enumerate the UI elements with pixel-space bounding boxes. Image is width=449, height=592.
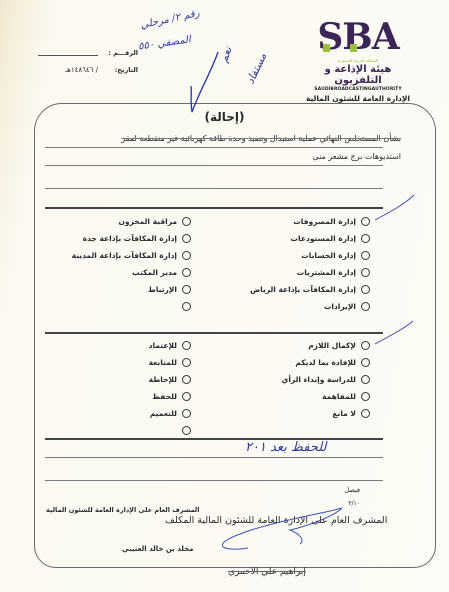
- option-label: للمفاهمة: [322, 392, 356, 401]
- divider: [45, 147, 383, 148]
- option-label: الإيرادات: [324, 302, 356, 311]
- number-row: الرقـــم :: [28, 44, 138, 61]
- referral-document: الرقـــم : التاريخ: / ١٤٨٦٤٦هـ SBA الممل…: [0, 0, 449, 592]
- option-label: لإكمال اللازم: [308, 341, 356, 350]
- radio-circle[interactable]: [182, 392, 191, 401]
- referral-form-frame: [34, 103, 436, 568]
- option-label: للمتابعة: [149, 358, 177, 367]
- number-field[interactable]: [38, 50, 98, 56]
- option-advise[interactable]: للإفادة بما لديكم: [281, 354, 370, 371]
- option-blank[interactable]: [149, 422, 191, 439]
- radio-circle[interactable]: [361, 268, 370, 277]
- option-revenues[interactable]: الإيرادات: [250, 298, 370, 315]
- option-circulate[interactable]: للتعميم: [149, 405, 191, 422]
- date-row: التاريخ: / ١٤٨٦٤٦هـ: [28, 61, 138, 78]
- option-purchases[interactable]: إدارة المشتريات: [250, 264, 370, 281]
- option-label: إدارة الحسابات: [301, 251, 356, 260]
- option-label: للإفادة بما لديكم: [295, 358, 356, 367]
- logo-mark: SBA: [303, 18, 413, 56]
- option-expenses[interactable]: إدارة المصروفات: [250, 213, 370, 230]
- acting-supervisor-title: المشرف العام على الإدارة العامة للشئون ا…: [165, 515, 387, 526]
- kingdom-text: المملكة العربية السعودية: [303, 58, 413, 63]
- logo-accent-2: [350, 44, 357, 52]
- subject-line-2: استديوهات برج مشعر منى: [41, 148, 401, 166]
- form-title: (إحالة): [0, 110, 449, 124]
- actions-right: لإكمال اللازم للإفادة بما لديكم للدراسة …: [281, 337, 370, 422]
- option-label: إدارة المستودعات: [291, 234, 356, 243]
- option-label: إدارة المشتريات: [297, 268, 356, 277]
- radio-circle[interactable]: [361, 251, 370, 260]
- date-label: التاريخ:: [104, 66, 138, 74]
- notes-line: [45, 480, 383, 481]
- divider: [45, 165, 383, 166]
- fasl-label: فيصل: [344, 486, 360, 494]
- option-rewards-riyadh[interactable]: إدارة المكافآت بإذاعة الرياض: [250, 281, 370, 298]
- option-inventory-control[interactable]: مراقبة المخزون: [72, 213, 191, 230]
- option-label: الإرتباط: [148, 285, 177, 294]
- option-label: للحفظ: [152, 392, 177, 401]
- option-liaison[interactable]: الإرتباط: [72, 281, 191, 298]
- department-name: الإدارة العامة للشئون المالية: [303, 94, 413, 103]
- radio-circle[interactable]: [182, 375, 191, 384]
- option-label: إدارة المكافآت بإذاعة المدينة: [72, 251, 177, 260]
- authority-name-english: SAUDIBROADCASTINGAUTHORITY: [303, 87, 413, 92]
- option-no-objection[interactable]: لا مانع: [281, 405, 370, 422]
- handwriting-top-mid-1: نعم: [217, 45, 235, 64]
- option-archive[interactable]: للحفظ: [149, 388, 191, 405]
- radio-circle[interactable]: [182, 341, 191, 350]
- radio-circle[interactable]: [182, 358, 191, 367]
- option-label: للتعميم: [150, 409, 177, 418]
- option-label: مدير المكتب: [132, 268, 177, 277]
- authority-name-arabic: هيئة الإذاعة و التلفزيون: [303, 64, 413, 86]
- radio-circle[interactable]: [361, 341, 370, 350]
- actions-left: للإعتماد للمتابعة للإحاطة للحفظ للتعميم: [149, 337, 191, 439]
- logo-accent-1: [323, 44, 330, 52]
- radio-circle[interactable]: [182, 268, 191, 277]
- option-label: إدارة المكافآت بإذاعة جدة: [83, 234, 177, 243]
- radio-circle[interactable]: [361, 285, 370, 294]
- option-approval[interactable]: للإعتماد: [149, 337, 191, 354]
- option-notice[interactable]: للإحاطة: [149, 371, 191, 388]
- divider: [45, 438, 383, 440]
- option-rewards-jeddah[interactable]: إدارة المكافآت بإذاعة جدة: [72, 230, 191, 247]
- radio-circle[interactable]: [182, 234, 191, 243]
- option-follow-up[interactable]: للمتابعة: [149, 354, 191, 371]
- option-blank[interactable]: [72, 298, 191, 315]
- supervisor-title: المشرف العام على الإدارة العامة للشئون ا…: [46, 506, 199, 514]
- option-accounts[interactable]: إدارة الحسابات: [250, 247, 370, 264]
- radio-circle[interactable]: [182, 302, 191, 311]
- radio-circle[interactable]: [182, 251, 191, 260]
- document-meta: الرقـــم : التاريخ: / ١٤٨٦٤٦هـ: [28, 44, 138, 78]
- option-label: إدارة المكافآت بإذاعة الرياض: [250, 285, 356, 294]
- option-label: للدراسة وإبداء الرأي: [281, 375, 356, 384]
- radio-circle[interactable]: [182, 217, 191, 226]
- supervisor-name: مخلد بن خالد العتيبي: [122, 545, 194, 553]
- option-discuss[interactable]: للمفاهمة: [281, 388, 370, 405]
- acting-supervisor-name: إبراهيم علي الاحمري: [228, 567, 306, 577]
- handwritten-note: للحفظ بعد ٢٠١: [245, 440, 327, 455]
- date-value: / ١٤٨٦٤٦هـ: [65, 66, 98, 74]
- subject-line-1: بشأن المستخلص النهائي عملية استبدال وتنف…: [41, 130, 401, 148]
- radio-circle[interactable]: [361, 375, 370, 384]
- divider: [45, 207, 383, 209]
- radio-circle[interactable]: [361, 392, 370, 401]
- departments-left: مراقبة المخزون إدارة المكافآت بإذاعة جدة…: [72, 213, 191, 315]
- radio-circle[interactable]: [361, 409, 370, 418]
- sba-logo: SBA المملكة العربية السعودية هيئة الإذاع…: [303, 18, 413, 103]
- radio-circle[interactable]: [182, 426, 191, 435]
- radio-circle[interactable]: [182, 409, 191, 418]
- handwriting-top-left-1: رقم ٢/ مرحلي: [140, 8, 201, 31]
- option-label: إدارة المصروفات: [293, 217, 356, 226]
- radio-circle[interactable]: [361, 302, 370, 311]
- option-office-manager[interactable]: مدير المكتب: [72, 264, 191, 281]
- option-complete-necessary[interactable]: لإكمال اللازم: [281, 337, 370, 354]
- option-label: للإعتماد: [149, 341, 177, 350]
- radio-circle[interactable]: [361, 358, 370, 367]
- radio-circle[interactable]: [361, 217, 370, 226]
- notes-line: [45, 457, 383, 458]
- option-rewards-madinah[interactable]: إدارة المكافآت بإذاعة المدينة: [72, 247, 191, 264]
- handwriting-top-left-2: المصفي ٥٥٠: [137, 34, 191, 52]
- radio-circle[interactable]: [361, 234, 370, 243]
- option-label: للإحاطة: [149, 375, 177, 384]
- footer-date: ٣/١٠: [348, 500, 360, 507]
- radio-circle[interactable]: [182, 285, 191, 294]
- option-study-opinion[interactable]: للدراسة وإبداء الرأي: [281, 371, 370, 388]
- option-label: مراقبة المخزون: [118, 217, 177, 226]
- handwriting-top-mid-2: مستفاد: [244, 51, 270, 86]
- divider: [45, 332, 383, 334]
- departments-right: إدارة المصروفات إدارة المستودعات إدارة ا…: [250, 213, 370, 315]
- option-label: لا مانع: [332, 409, 356, 418]
- number-label: الرقـــم :: [104, 49, 138, 57]
- divider: [45, 188, 383, 189]
- subject-text: بشأن المستخلص النهائي عملية استبدال وتنف…: [41, 130, 401, 166]
- option-warehouses[interactable]: إدارة المستودعات: [250, 230, 370, 247]
